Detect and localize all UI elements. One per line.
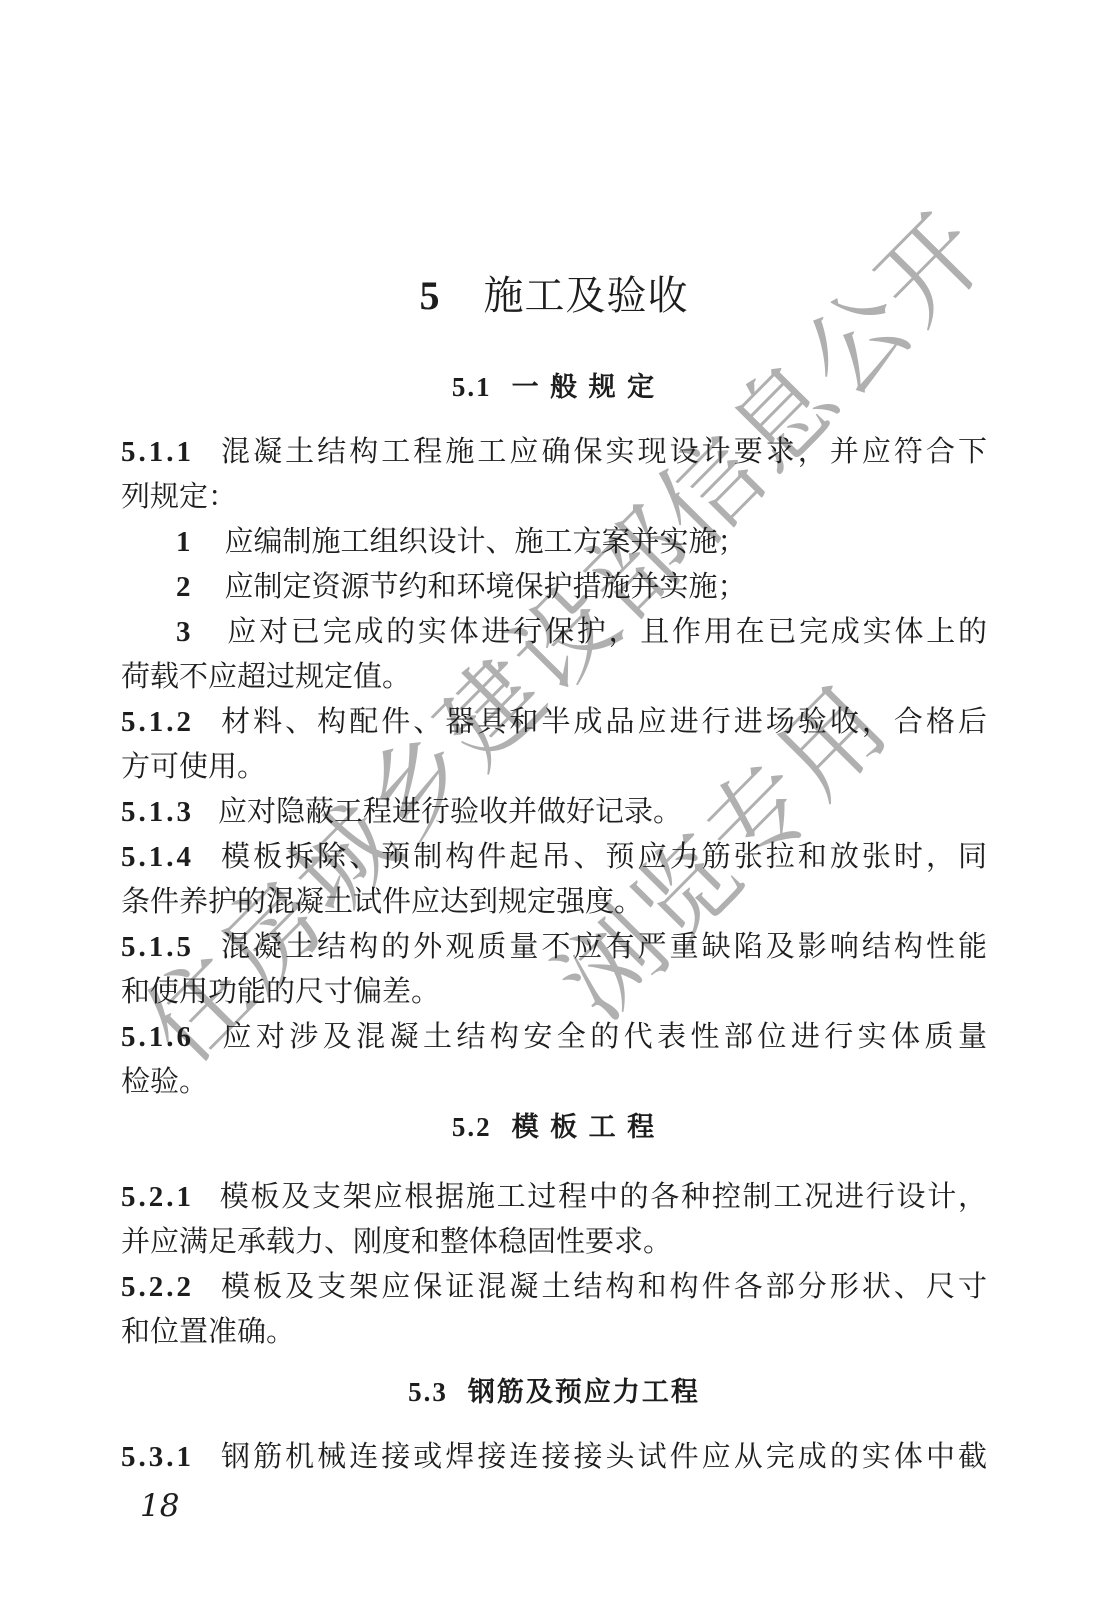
clause-continuation-line: 条件养护的混凝土试件应达到规定强度。: [121, 880, 987, 925]
section-number: 5.2: [452, 1112, 492, 1142]
clause-text: 混凝土结构工程施工应确保实现设计要求，并应符合下: [218, 436, 987, 468]
clause-number: 5.2.1: [121, 1181, 194, 1213]
clause-text: 模板拆除、预制构件起吊、预应力筋张拉和放张时，同: [218, 841, 987, 873]
clause-line: 5.1.4模板拆除、预制构件起吊、预应力筋张拉和放张时，同: [121, 835, 987, 880]
clause-number: 2: [176, 571, 191, 603]
clause-text: 模板及支架应保证混凝土结构和构件各部分形状、尺寸: [218, 1271, 987, 1303]
clause-text: 应对已完成的实体进行保护，且作用在已完成实体上的: [225, 616, 988, 648]
clause-line: 1应编制施工组织设计、施工方案并实施；: [121, 520, 987, 565]
clause-text: 和使用功能的尺寸偏差。: [121, 976, 440, 1008]
page-content: 5施工及验收 5.1一 般 规 定5.1.1混凝土结构工程施工应确保实现设计要求…: [121, 276, 987, 1480]
clause-line: 5.1.6应对涉及混凝土结构安全的代表性部位进行实体质量: [121, 1015, 987, 1060]
section-heading: 5.1一 般 规 定: [121, 373, 987, 401]
clause-line: 5.1.5混凝土结构的外观质量不应有严重缺陷及影响结构性能: [121, 925, 987, 970]
section-number: 5.1: [452, 372, 492, 402]
clause-number: 5.1.3: [121, 796, 194, 828]
clause-line: 3应对已完成的实体进行保护，且作用在已完成实体上的: [121, 610, 987, 655]
clause-text: 应对隐蔽工程进行验收并做好记录。: [218, 796, 682, 828]
section-title: 模 板 工 程: [512, 1112, 657, 1142]
clause-text: 钢筋机械连接或焊接连接接头试件应从完成的实体中截: [218, 1441, 987, 1473]
section-heading: 5.3钢筋及预应力工程: [121, 1378, 987, 1406]
clause-text: 并应满足承载力、刚度和整体稳固性要求。: [121, 1226, 672, 1258]
clause-text: 应编制施工组织设计、施工方案并实施；: [225, 526, 747, 558]
clause-continuation-line: 并应满足承载力、刚度和整体稳固性要求。: [121, 1220, 987, 1265]
clause-text: 应对涉及混凝土结构安全的代表性部位进行实体质量: [218, 1021, 987, 1053]
clause-number: 1: [176, 526, 191, 558]
clause-continuation-line: 和位置准确。: [121, 1310, 987, 1355]
chapter-title: 施工及验收: [484, 273, 689, 318]
document-page: 住房城乡建设部信息公开 浏览专用 5施工及验收 5.1一 般 规 定5.1.1混…: [0, 0, 1103, 1598]
clause-list: 5.1一 般 规 定5.1.1混凝土结构工程施工应确保实现设计要求，并应符合下列…: [121, 373, 987, 1480]
section-heading: 5.2模 板 工 程: [121, 1113, 987, 1141]
clause-line: 5.2.2模板及支架应保证混凝土结构和构件各部分形状、尺寸: [121, 1265, 987, 1310]
clause-line: 2应制定资源节约和环境保护措施并实施；: [121, 565, 987, 610]
clause-continuation-line: 列规定：: [121, 475, 987, 520]
clause-line: 5.2.1模板及支架应根据施工过程中的各种控制工况进行设计，: [121, 1175, 987, 1220]
clause-text: 条件养护的混凝土试件应达到规定强度。: [121, 886, 643, 918]
clause-text: 混凝土结构的外观质量不应有严重缺陷及影响结构性能: [218, 931, 987, 963]
clause-text: 模板及支架应根据施工过程中的各种控制工况进行设计，: [218, 1181, 987, 1213]
clause-continuation-line: 荷载不应超过规定值。: [121, 655, 987, 700]
clause-continuation-line: 方可使用。: [121, 745, 987, 790]
clause-number: 5.1.5: [121, 931, 194, 963]
page-number: 18: [140, 1488, 179, 1524]
clause-continuation-line: 和使用功能的尺寸偏差。: [121, 970, 987, 1015]
section-number: 5.3: [408, 1377, 448, 1407]
clause-line: 5.1.3应对隐蔽工程进行验收并做好记录。: [121, 790, 987, 835]
section-title: 钢筋及预应力工程: [468, 1377, 700, 1407]
clause-line: 5.1.2材料、构配件、器具和半成品应进行进场验收，合格后: [121, 700, 987, 745]
clause-number: 5.2.2: [121, 1271, 194, 1303]
clause-number: 5.1.4: [121, 841, 194, 873]
chapter-heading: 5施工及验收: [121, 276, 987, 316]
clause-number: 5.3.1: [121, 1441, 194, 1473]
chapter-number: 5: [420, 273, 440, 318]
clause-text: 检验。: [121, 1066, 208, 1098]
clause-number: 3: [176, 616, 191, 648]
clause-line: 5.1.1混凝土结构工程施工应确保实现设计要求，并应符合下: [121, 430, 987, 475]
clause-number: 5.1.2: [121, 706, 194, 738]
clause-text: 方可使用。: [121, 751, 266, 783]
clause-number: 5.1.1: [121, 436, 194, 468]
clause-text: 列规定：: [121, 481, 237, 513]
clause-line: 5.3.1钢筋机械连接或焊接连接接头试件应从完成的实体中截: [121, 1435, 987, 1480]
clause-number: 5.1.6: [121, 1021, 194, 1053]
clause-text: 材料、构配件、器具和半成品应进行进场验收，合格后: [218, 706, 987, 738]
clause-text: 荷载不应超过规定值。: [121, 661, 411, 693]
section-title: 一 般 规 定: [512, 372, 657, 402]
clause-continuation-line: 检验。: [121, 1060, 987, 1105]
clause-text: 和位置准确。: [121, 1316, 295, 1348]
clause-text: 应制定资源节约和环境保护措施并实施；: [225, 571, 747, 603]
